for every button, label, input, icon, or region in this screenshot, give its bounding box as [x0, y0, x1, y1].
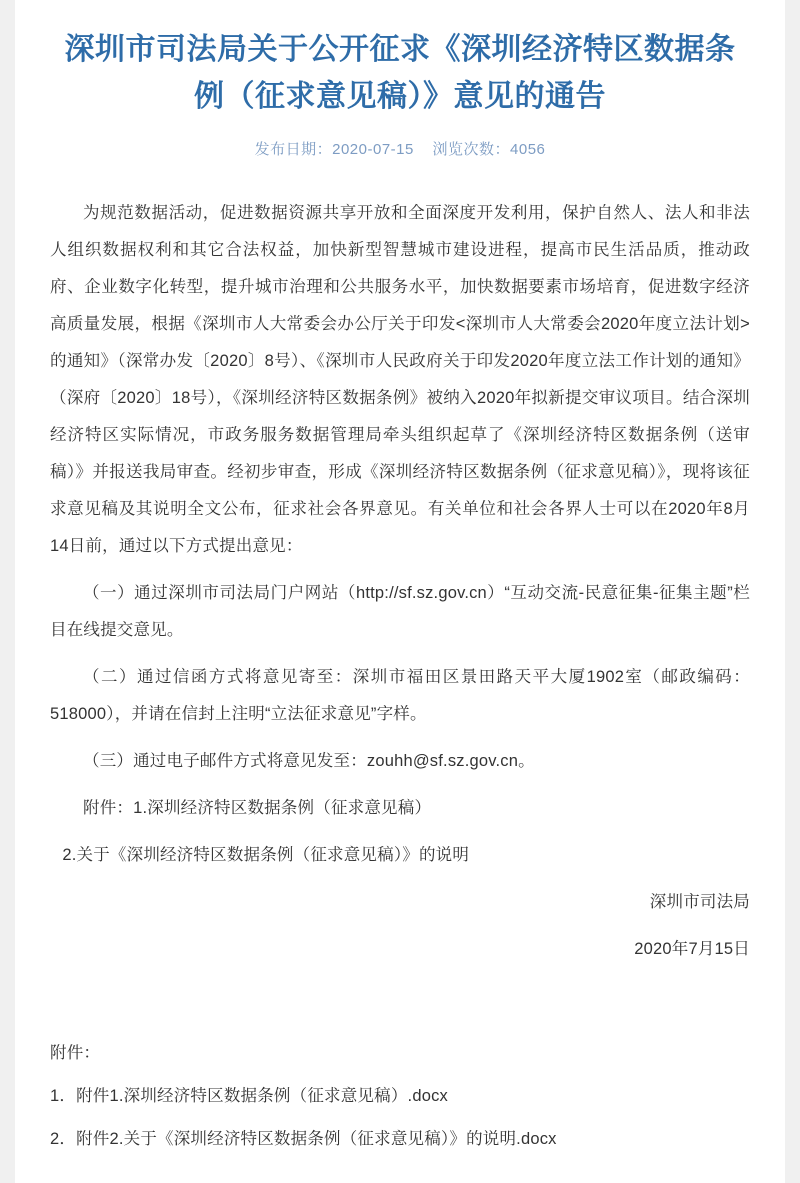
page-title: 深圳市司法局关于公开征求《深圳经济特区数据条例（征求意见稿）》意见的通告 [50, 26, 750, 120]
publish-date-value: 2020-07-15 [332, 141, 414, 158]
article-meta: 发布日期：2020-07-15 浏览次数：4056 [50, 138, 750, 159]
views-value: 4056 [510, 141, 545, 158]
attachments-heading: 附件： [50, 1040, 750, 1066]
paragraph-intro: 为规范数据活动，促进数据资源共享开放和全面深度开发利用，保护自然人、法人和非法人… [50, 195, 750, 565]
paragraph-way-3: （三）通过电子邮件方式将意见发至：zouhh@sf.sz.gov.cn。 [50, 743, 750, 780]
paragraph-inline-attachment-2: 2.关于《深圳经济特区数据条例（征求意见稿）》的说明 [50, 837, 750, 874]
page-background: 深圳市司法局关于公开征求《深圳经济特区数据条例（征求意见稿）》意见的通告 发布日… [0, 0, 800, 1183]
attachment-link-1[interactable]: 1．附件1.深圳经济特区数据条例（征求意见稿）.docx [50, 1083, 750, 1109]
publish-date-label: 发布日期： [255, 141, 333, 158]
article-container: 深圳市司法局关于公开征求《深圳经济特区数据条例（征求意见稿）》意见的通告 发布日… [15, 0, 785, 1183]
views-label: 浏览次数： [433, 141, 511, 158]
paragraph-way-2: （二）通过信函方式将意见寄至：深圳市福田区景田路天平大厦1902室（邮政编码：5… [50, 659, 750, 733]
paragraph-way-1: （一）通过深圳市司法局门户网站（http://sf.sz.gov.cn）“互动交… [50, 575, 750, 649]
article-body: 为规范数据活动，促进数据资源共享开放和全面深度开发利用，保护自然人、法人和非法人… [50, 195, 750, 968]
attachments-section: 附件： 1．附件1.深圳经济特区数据条例（征求意见稿）.docx 2．附件2.关… [50, 1040, 750, 1152]
paragraph-inline-attachment-1: 附件：1.深圳经济特区数据条例（征求意见稿） [50, 790, 750, 827]
signature-org: 深圳市司法局 [50, 884, 750, 921]
attachment-link-2[interactable]: 2．附件2.关于《深圳经济特区数据条例（征求意见稿）》的说明.docx [50, 1126, 750, 1152]
signature-date: 2020年7月15日 [50, 931, 750, 968]
